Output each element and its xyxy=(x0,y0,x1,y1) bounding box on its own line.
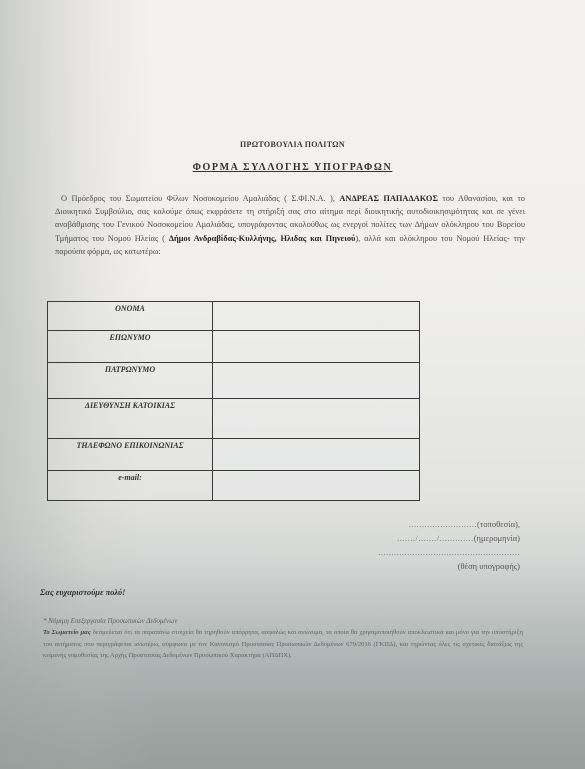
place-line[interactable]: ..........................(τοποθεσία), xyxy=(340,517,520,531)
signature-form-table: ΟΝΟΜΑ ΕΠΩΝΥΜΟ ΠΑΤΡΩΝΥΜΟ ΔΙΕΥΘΥΝΣΗ ΚΑΤΟΙΚ… xyxy=(47,301,420,501)
field-label: ΔΙΕΥΘΥΝΣΗ ΚΑΤΟΙΚΙΑΣ xyxy=(48,399,213,439)
field-label: ΟΝΟΜΑ xyxy=(48,302,213,331)
field-label: e-mail: xyxy=(48,471,213,501)
place-label: (τοποθεσία), xyxy=(477,519,520,529)
date-line[interactable]: ......./......./.............(ημερομηνία… xyxy=(340,531,520,545)
place-dots: .......................... xyxy=(409,519,477,529)
field-label: ΠΑΤΡΩΝΥΜΟ xyxy=(48,363,213,399)
form-row-surname: ΕΠΩΝΥΜΟ xyxy=(48,331,420,363)
date-label: (ημερομηνία) xyxy=(474,533,520,543)
name-field[interactable] xyxy=(213,302,420,331)
fathers-name-field[interactable] xyxy=(213,363,420,399)
signature-line[interactable]: ........................................… xyxy=(340,545,520,559)
field-label: ΤΗΛΕΦΩΝΟ ΕΠΙΚΟΙΝΩΝΙΑΣ xyxy=(48,439,213,471)
intro-part-1: Ο Πρόεδρος του Σωματείου Φίλων Νοσοκομεί… xyxy=(61,194,339,203)
form-title: ΦΟΡΜΑ ΣΥΛΛΟΓΗΣ ΥΠΟΓΡΑΦΩΝ xyxy=(0,162,585,173)
form-row-address: ΔΙΕΥΘΥΝΣΗ ΚΑΤΟΙΚΙΑΣ xyxy=(48,399,420,439)
surname-field[interactable] xyxy=(213,331,420,363)
form-row-fathers-name: ΠΑΤΡΩΝΥΜΟ xyxy=(48,363,420,399)
phone-field[interactable] xyxy=(213,439,420,471)
header-initiative: ΠΡΩΤΟΒΟΥΛΙΑ ΠΟΛΙΤΩΝ xyxy=(0,140,585,149)
form-row-phone: ΤΗΛΕΦΩΝΟ ΕΠΙΚΟΙΝΩΝΙΑΣ xyxy=(48,439,420,471)
date-dots: ......./......./............. xyxy=(397,533,474,543)
signature-label: (θέση υπογραφής) xyxy=(340,559,520,573)
form-row-name: ΟΝΟΜΑ xyxy=(48,302,420,331)
address-field[interactable] xyxy=(213,399,420,439)
scanned-document-page: ΠΡΩΤΟΒΟΥΛΙΑ ΠΟΛΙΤΩΝ ΦΟΡΜΑ ΣΥΛΛΟΓΗΣ ΥΠΟΓΡ… xyxy=(0,0,585,769)
signature-dots: ........................................… xyxy=(378,547,520,557)
thanks-text: Σας ευχαριστούμε πολύ! xyxy=(40,587,125,597)
field-label: ΕΠΩΝΥΜΟ xyxy=(48,331,213,363)
president-name: ΑΝΔΡΕΑΣ ΠΑΠΑΔΑΚΟΣ xyxy=(339,194,438,203)
form-row-email: e-mail: xyxy=(48,471,420,501)
footnote-title: * Νόμιμη Επεξεργασία Προσωπικών Δεδομένω… xyxy=(43,617,177,625)
footnote-body: δεσμεύεται ότι τα παραπάνω στοιχεία θα τ… xyxy=(43,629,523,659)
intro-paragraph: Ο Πρόεδρος του Σωματείου Φίλων Νοσοκομεί… xyxy=(55,192,525,258)
municipalities: Δήμοι Ανδραβίδας-Κυλλήνης, Ηλιδας και Πη… xyxy=(169,234,356,243)
footnote-gdpr: Το Σωματείο μας δεσμεύεται ότι τα παραπά… xyxy=(43,627,523,662)
footnote-lead: Το Σωματείο μας xyxy=(43,629,91,636)
email-field[interactable] xyxy=(213,471,420,501)
signature-block: ..........................(τοποθεσία), .… xyxy=(340,517,520,573)
